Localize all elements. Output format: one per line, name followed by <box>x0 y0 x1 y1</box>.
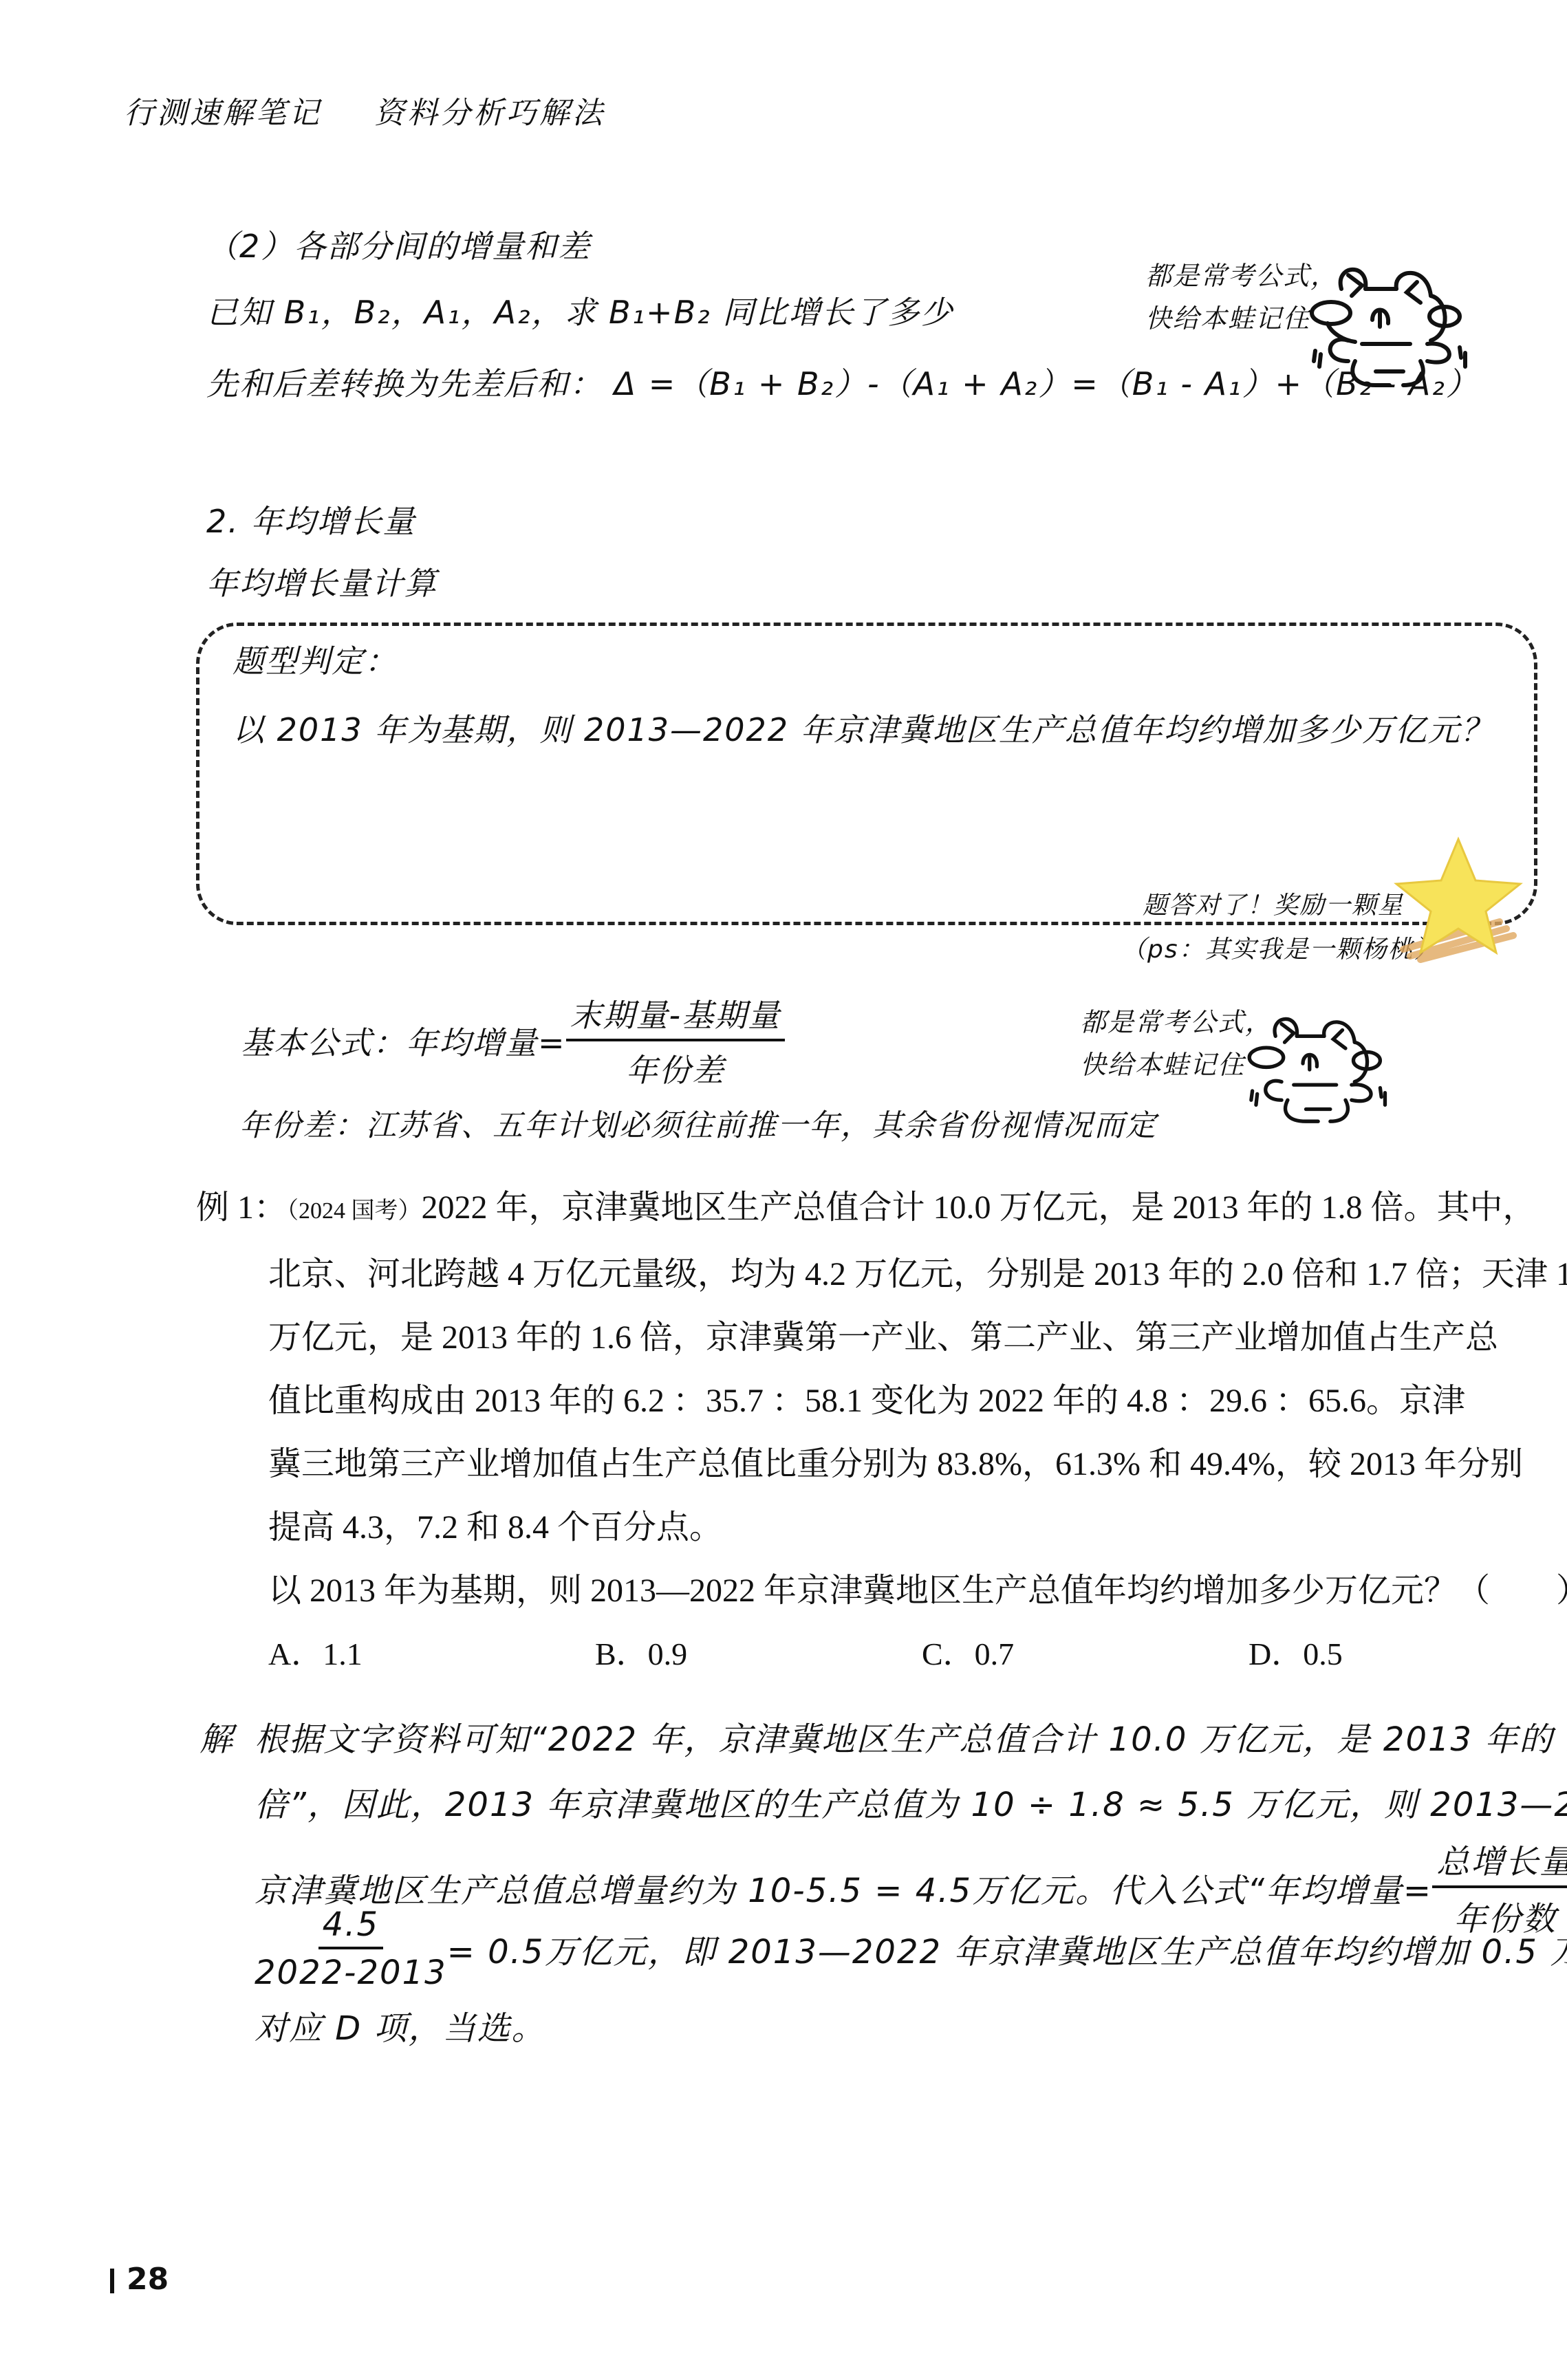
calc-fraction: 4.5 2022-2013 <box>255 1905 447 1992</box>
solution-text: = 0.5万亿元，即 2013—2022 年京津冀地区生产总值年均约增加 0.5… <box>447 1925 1567 1973</box>
example-line: 万亿元，是 2013 年的 1.6 倍，京津冀第一产业、第二产业、第三产业增加值… <box>196 1306 1567 1370</box>
frog-speech-2: 都是常考公式， 快给本蛙记住 <box>1080 1001 1273 1086</box>
fraction-numerator: 总增长量 <box>1432 1835 1567 1888</box>
option-c[interactable]: C．0.7 <box>922 1623 1249 1686</box>
page-number-text: 28 <box>127 2262 169 2297</box>
section-heading-avg-growth: 2. 年均增长量 <box>206 497 416 542</box>
reward-text: 题答对了！奖励一颗星 <box>1138 886 1408 921</box>
option-d[interactable]: D．0.5 <box>1249 1623 1567 1686</box>
option-a[interactable]: A．1.1 <box>268 1623 595 1686</box>
star-icon <box>1383 832 1534 963</box>
example-label: 例 1： <box>196 1189 287 1226</box>
fraction-denominator: 年份差 <box>626 1041 725 1091</box>
question-type-label: 题型判定： <box>233 636 398 682</box>
section-heading-2: （2）各部分间的增量和差 <box>206 221 591 267</box>
example-line: 值比重构成由 2013 年的 6.2 ：35.7 ：58.1 变化为 2022 … <box>196 1370 1567 1433</box>
page-number: 28 <box>110 2262 169 2297</box>
frog-mascot-icon <box>1307 258 1486 396</box>
page-marker <box>110 2269 114 2293</box>
chapter-title: 资料分析巧解法 <box>374 96 605 131</box>
method-label: 先和后差转换为先差后和： <box>206 365 603 402</box>
subheading-avg-growth-calc: 年均增长量计算 <box>206 559 437 604</box>
given-statement: 已知 B₁，B₂，A₁，A₂，求 B₁+B₂ 同比增长了多少 <box>206 288 953 333</box>
fraction-denominator: 2022-2013 <box>255 1949 447 1992</box>
solution-text: 京津冀地区生产总值总增量约为 10-5.5 = 4.5万亿元。代入公式“年均增量… <box>255 1864 1432 1912</box>
answer-options: A．1.1 B．0.9 C．0.7 D．0.5 <box>196 1623 1567 1686</box>
example-line: 北京、河北跨越 4 万亿元量级，均为 4.2 万亿元，分别是 2013 年的 2… <box>196 1243 1567 1306</box>
basic-formula: 基本公式：年均增量= 末期量-基期量 年份差 <box>241 991 785 1091</box>
basic-formula-fraction: 末期量-基期量 年份差 <box>566 991 786 1091</box>
formula-line: 先和后差转换为先差后和： Δ =（B₁ + B₂）-（A₁ + A₂）=（B₁ … <box>206 359 1479 404</box>
fraction-numerator: 4.5 <box>318 1905 383 1949</box>
basic-formula-label: 基本公式：年均增量= <box>241 1018 566 1063</box>
frog-speech-line: 都是常考公式， <box>1080 1001 1273 1043</box>
year-diff-note: 年份差：江苏省、五年计划必须往前推一年，其余省份视情况而定 <box>239 1101 1157 1145</box>
example-line: 冀三地第三产业增加值占生产总值比重分别为 83.8%，61.3% 和 49.4%… <box>196 1433 1567 1496</box>
frog-mascot-icon <box>1245 1001 1403 1138</box>
solution-line-5: 对应 D 项，当选。 <box>255 2002 545 2049</box>
solution-line-1: 根据文字资料可知“2022 年，京津冀地区生产总值合计 10.0 万亿元，是 2… <box>255 1713 1567 1760</box>
question-type-text: 以 2013 年为基期，则 2013—2022 年京津冀地区生产总值年均约增加多… <box>233 705 1494 750</box>
solution-label: 解 <box>199 1713 234 1760</box>
solution-line-2: 倍”，因此，2013 年京津冀地区的生产总值为 10 ÷ 1.8 ≈ 5.5 万… <box>255 1778 1567 1826</box>
fraction-numerator: 末期量-基期量 <box>566 991 786 1041</box>
example-text: 2022 年，京津冀地区生产总值合计 10.0 万亿元，是 2013 年的 1.… <box>422 1189 1536 1226</box>
example-1: 例 1：（2024 国考）2022 年，京津冀地区生产总值合计 10.0 万亿元… <box>196 1176 1567 1686</box>
example-question: 以 2013 年为基期，则 2013—2022 年京津冀地区生产总值年均约增加多… <box>196 1559 1567 1623</box>
example-line: 提高 4.3，7.2 和 8.4 个百分点。 <box>196 1496 1567 1559</box>
book-title: 行测速解笔记 <box>124 96 322 131</box>
frog-speech-line: 快给本蛙记住 <box>1080 1043 1273 1086</box>
running-header: 行测速解笔记 资料分析巧解法 <box>124 88 605 132</box>
option-b[interactable]: B．0.9 <box>595 1623 922 1686</box>
solution-line-4: 4.5 2022-2013 = 0.5万亿元，即 2013—2022 年京津冀地… <box>255 1905 1567 1992</box>
example-line: 例 1：（2024 国考）2022 年，京津冀地区生产总值合计 10.0 万亿元… <box>196 1176 1567 1243</box>
example-source: （2024 国考） <box>287 1198 422 1224</box>
